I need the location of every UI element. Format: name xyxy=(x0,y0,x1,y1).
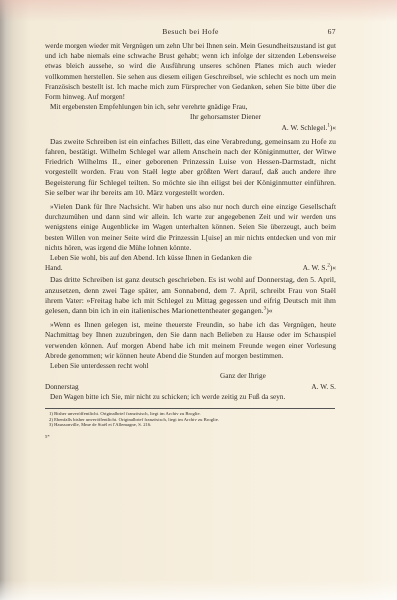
letter-1-servant: Ihr gehorsamster Diener xyxy=(45,112,336,122)
closing-quote: « xyxy=(332,264,336,272)
letter-1: werde morgen wieder mit Vergnügen um zeh… xyxy=(45,41,336,133)
footnote-rule xyxy=(45,408,335,409)
letter-3: »Wenn es Ihnen gelegen ist, meine theuer… xyxy=(45,320,336,402)
running-header: Besuch bei Hofe 67 xyxy=(45,27,336,41)
letter-2-signoff: Hand. A. W. S.2)« xyxy=(45,263,336,273)
letter-3-signature: A. W. S. xyxy=(311,382,336,392)
letter-2-signature-line: A. W. S.2)« xyxy=(303,263,336,273)
page-number: 67 xyxy=(328,27,336,37)
letter-3-postscript: Den Wagen bitte ich Sie, mir nicht zu sc… xyxy=(45,392,336,402)
footnote-mark: 3) xyxy=(49,422,53,427)
letter-1-signature: A. W. Schlegel. xyxy=(282,124,328,132)
book-page: Besuch bei Hofe 67 werde morgen wieder m… xyxy=(0,0,397,600)
running-title: Besuch bei Hofe xyxy=(45,27,336,37)
footnote-mark: 2) xyxy=(49,417,53,422)
closing-quote: « xyxy=(269,306,273,315)
letter-1-body: werde morgen wieder mit Vergnügen um zeh… xyxy=(45,41,336,102)
footnote-mark: 1) xyxy=(49,411,53,416)
letter-2: »Vielen Dank für Ihre Nachsicht. Wir hab… xyxy=(45,202,336,273)
footnotes: 1) Bisher unveröffentlicht. Originalbrie… xyxy=(45,411,336,428)
letter-2-closing: Leben Sie wohl, bis auf den Abend. Ich k… xyxy=(45,253,336,263)
footnote-ref-1: 1 xyxy=(327,123,330,128)
closing-quote: « xyxy=(332,124,336,132)
letter-3-sign-line: Ganz der Ihrige xyxy=(45,371,336,381)
footnote-text: Bisher unveröffentlicht. Originalbrief f… xyxy=(54,411,201,416)
page-top-shading xyxy=(0,0,397,22)
footnote-3: 3) Haussonville, Mme de Staël et l'Allem… xyxy=(49,422,336,428)
paragraph-3: Das dritte Schreiben ist ganz deutsch ge… xyxy=(45,275,336,316)
letter-2-signature: A. W. S. xyxy=(303,264,328,272)
letter-1-signature-line: A. W. Schlegel.1)« xyxy=(45,123,336,133)
signature-mark: 5* xyxy=(45,432,336,442)
letter-2-closing-end: Hand. xyxy=(45,263,63,273)
footnote-ref-2: 2 xyxy=(327,264,330,269)
footnote-text: Ebenfalls bisher unveröffentlicht. Origi… xyxy=(54,417,219,422)
footnote-ref-3: 3 xyxy=(264,307,267,312)
letter-3-body: »Wenn es Ihnen gelegen ist, meine theuer… xyxy=(45,320,336,361)
letter-3-day: Donnerstag xyxy=(45,382,79,392)
page-bottom-shading xyxy=(0,580,397,600)
letter-3-closing: Leben Sie unterdessen recht wohl xyxy=(45,361,336,371)
letter-2-body: »Vielen Dank für Ihre Nachsicht. Wir hab… xyxy=(45,202,336,253)
footnote-text: Haussonville, Mme de Staël et l'Allemagn… xyxy=(54,422,151,427)
letter-3-signoff: Donnerstag A. W. S. xyxy=(45,382,336,392)
paragraph-2: Das zweite Schreiben ist ein einfaches B… xyxy=(45,137,336,198)
letter-1-closing: Mit ergebensten Empfehlungen bin ich, se… xyxy=(45,102,336,112)
paragraph-3-body: Das dritte Schreiben ist ganz deutsch ge… xyxy=(45,275,336,315)
text-column: Besuch bei Hofe 67 werde morgen wieder m… xyxy=(45,27,336,442)
